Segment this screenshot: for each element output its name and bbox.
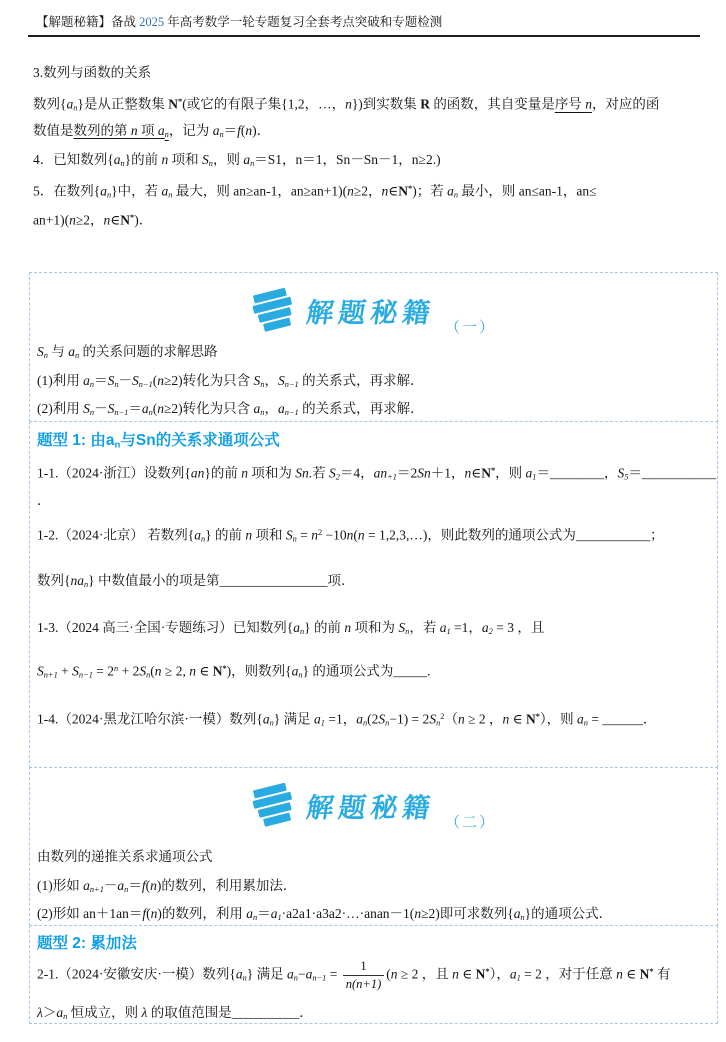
intro-line-6: an+1)(n≥2，n∈N*)．	[33, 203, 659, 232]
intro-line-5: 5．在数列{an}中，若 an 最大，则 an≥an-1，an≥an+1)(n≥…	[33, 174, 659, 203]
intro-line-2: 数列{an}是从正整数集 N*(或它的有限子集{1,2，…，n})到实数集 R …	[33, 87, 659, 116]
topic2-box: 题型 2: 累加法 2-1.（2024·安徽安庆·一模）数列{an} 满足 an…	[29, 925, 718, 1024]
problem-2-1-continued: λ＞an 恒成立，则 λ 的取值范围是__________．	[37, 998, 313, 1027]
secret-box-1: 解题秘籍 （一） Sn 与 an 的关系问题的求解思路 (1)利用 an＝Sn－…	[29, 272, 718, 422]
intro-section: 3.数列与函数的关系 数列{an}是从正整数集 N*(或它的有限子集{1,2，……	[33, 58, 659, 232]
logo-title: 解题秘籍	[304, 291, 437, 330]
problem-1-4: 1-4.（2024·黑龙江哈尔滨·一模）数列{an} 满足 a1 =1，an(2…	[37, 702, 656, 731]
topic1-box: 题型 1: 由an与Sn的关系求通项公式 1-1.（2024·浙江）设数列{an…	[29, 421, 718, 768]
tip-line: Sn 与 an 的关系问题的求解思路	[37, 337, 218, 366]
tip-line: (1)利用 an＝Sn－Sn−1(n≥2)转化为只含 Sn，Sn−1 的关系式，…	[37, 366, 424, 395]
header-title-part1: 【解题秘籍】备战	[36, 15, 139, 29]
topic1-title: 题型 1: 由an与Sn的关系求通项公式	[37, 428, 280, 450]
problem-1-1-continued: ．	[37, 486, 51, 515]
page-header: 【解题秘籍】备战 2025 年高考数学一轮专题复习全套考点突破和专题检测	[28, 12, 700, 37]
header-title-part2: 年高考数学一轮专题复习全套考点突破和专题检测	[164, 15, 442, 29]
problem-1-3: 1-3.（2024 高三·全国·专题练习）已知数列{an} 的前 n 项和为 S…	[37, 613, 544, 642]
books-stack-icon	[251, 781, 297, 829]
tip-line: (2)利用 Sn－Sn−1＝an(n≥2)转化为只含 an，an−1 的关系式，…	[37, 394, 424, 423]
logo-title: 解题秘籍	[304, 786, 437, 825]
logo-number: （一）	[445, 316, 496, 337]
header-year: 2025	[139, 15, 164, 29]
books-stack-icon	[251, 286, 297, 334]
secret-logo-1: 解题秘籍 （一）	[30, 281, 717, 339]
secret-box-2: 解题秘籍 （二） 由数列的递推关系求通项公式 (1)形如 an+1－an＝f(n…	[29, 767, 718, 926]
problem-2-1: 2-1.（2024·安徽安庆·一模）数列{an} 满足 an−an−1 = 1n…	[37, 952, 670, 992]
intro-line-3: 数值是数列的第 n 项 an，记为 an＝f(n)．	[33, 116, 659, 145]
problem-1-1: 1-1.（2024·浙江）设数列{an}的前 n 项和为 Sn.若 S2＝4，a…	[37, 456, 716, 485]
logo-number: （二）	[445, 811, 496, 832]
topic2-title: 题型 2: 累加法	[37, 931, 137, 953]
problem-1-2-continued: 数列{nan} 中数值最小的项是第________________项．	[37, 566, 355, 595]
tip-line: (1)形如 an+1－an＝f(n)的数列，利用累加法．	[37, 871, 296, 900]
problem-1-2: 1-2.（2024·北京） 若数列{an} 的前 n 项和 Sn = n2 −1…	[37, 518, 664, 547]
tip-line: (2)形如 an＋1an＝f(n)的数列，利用 an＝a1·a2a1·a3a2·…	[37, 899, 612, 928]
tip-line: 由数列的递推关系求通项公式	[37, 842, 213, 871]
intro-line-4: 4．已知数列{an}的前 n 项和 Sn，则 an＝S1，n＝1，Sn－Sn－1…	[33, 145, 659, 174]
problem-1-3-continued: Sn+1 + Sn−1 = 2n + 2Sn(n ≥ 2, n ∈ N*)，则数…	[37, 654, 431, 683]
secret-logo-2: 解题秘籍 （二）	[30, 776, 717, 834]
document-page: 【解题秘籍】备战 2025 年高考数学一轮专题复习全套考点突破和专题检测 3.数…	[0, 0, 726, 1042]
intro-line-1: 3.数列与函数的关系	[33, 58, 659, 87]
